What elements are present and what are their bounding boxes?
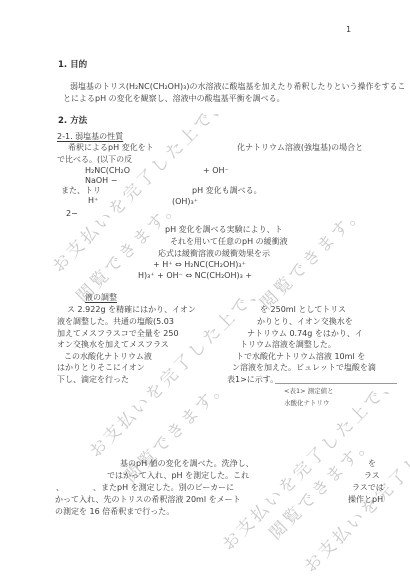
left-column-line: 下し、滴定を行った [57, 376, 129, 384]
body-fragment: ラスでは [352, 484, 384, 492]
right-column-line: トリウム溶液を調整した。 [240, 341, 336, 349]
left-column-line: この水酸化ナトリウム液 [64, 353, 152, 361]
right-column-line: ナトリウム 0.74g をはかり、イ [247, 330, 363, 338]
body-line: pH 変化を調べる実験により、ト [165, 226, 283, 234]
equation-fragment: H₂NC(CH₂O [85, 167, 130, 175]
left-column-line: ス 2.922g を精確にはかり、イオン [67, 306, 196, 314]
section-preparation-heading: 液の調整 [85, 294, 117, 302]
body-line: また、トリ [61, 187, 101, 195]
method-heading: 2. 方法 [58, 117, 87, 126]
body-fragment: ラス [364, 472, 380, 480]
right-column-line: 表1>に示す。 [227, 376, 278, 384]
left-column-line: 加えてメスフラスコで全量を 250 [57, 330, 179, 338]
right-column-line: トで水酸化ナトリウム溶液 10ml を [236, 353, 365, 361]
body-fragment: 、 [56, 484, 64, 492]
body-line: それを用いて任意のpH の緩衝液 [170, 238, 288, 246]
equation-fragment: NaOH − [85, 177, 117, 185]
body-line: の測定を 16 倍希釈まで行った。 [55, 508, 174, 516]
body-line: で比べる。(以下の反 [57, 156, 132, 164]
body-line: pH 変化も調べる。 [192, 187, 262, 195]
purpose-heading: 1. 目的 [58, 61, 87, 70]
equation-fragment: (OH)₃⁺ [172, 198, 198, 206]
section-2-1-heading: 2-1. 弱塩基の性質 [57, 133, 123, 141]
equation-fragment: H)₃⁺ + OH⁻ ⇔ NC(CH₂OH)₃ + [138, 272, 252, 280]
table-caption: <表1> 測定値と [284, 388, 334, 395]
right-column-line: を 250ml としてトリス [260, 306, 346, 314]
watermark-line: 閲覧できます。 [258, 203, 368, 313]
body-line: かって入れ、先のトリスの希釈溶液 20ml をメート [55, 496, 241, 504]
section-2-2-label: 2− [66, 210, 78, 218]
body-fragment: 操作とpH [348, 496, 383, 504]
left-column-line: はかりとりそこにイオン [57, 364, 145, 372]
body-line: 希釈によるpH 変化をト [68, 144, 154, 152]
document-page: お支払いを完了した上で、 閲覧できます。 閲覧できます。 お支払いを完了した上で… [0, 0, 410, 580]
purpose-line-2: とによるpH の変化を観察し、溶液中の酸塩基平衡を調べる。 [63, 95, 285, 103]
body-fragment: を [368, 460, 376, 468]
left-column-line: オン交換水を加えてメスフラス [57, 341, 169, 349]
body-line: ではかって入れ、pH を測定した。これ [107, 472, 249, 480]
right-column-line: かりとり、イオン交換水を [257, 318, 353, 326]
body-line: 化ナトリウム溶液(強塩基)の場合と [237, 144, 363, 152]
table-top-border [275, 383, 397, 384]
equation-fragment: H⁺ [88, 197, 98, 205]
watermark-line: 閲覧できます。 [122, 376, 232, 486]
page-number: 1 [346, 26, 351, 34]
left-column-line: 液を調整した。共通の塩酸(5.03 [57, 318, 174, 326]
table-caption: 水酸化ナトリウ [284, 400, 330, 407]
purpose-line-1: 弱塩基のトリス(H₂NC(CH₂OH)₃)の水溶液に酸塩基を加えたり希釈したりと… [70, 83, 405, 91]
equation-fragment: + H⁺ ⇔ H₂NC(CH₂OH)₃⁺ [153, 261, 246, 269]
body-line: 、またpH を測定した。別のビーカーに [93, 484, 234, 492]
equation-fragment: + OH⁻ [203, 167, 229, 175]
body-line: 応式は緩衝溶液の緩衝効果を示 [158, 250, 270, 258]
right-column-line: ン溶液を加えた。ビュレットで塩酸を滴 [232, 364, 376, 372]
body-line: 基のpH 値の変化を調べた。洗浄し、 [120, 460, 254, 468]
